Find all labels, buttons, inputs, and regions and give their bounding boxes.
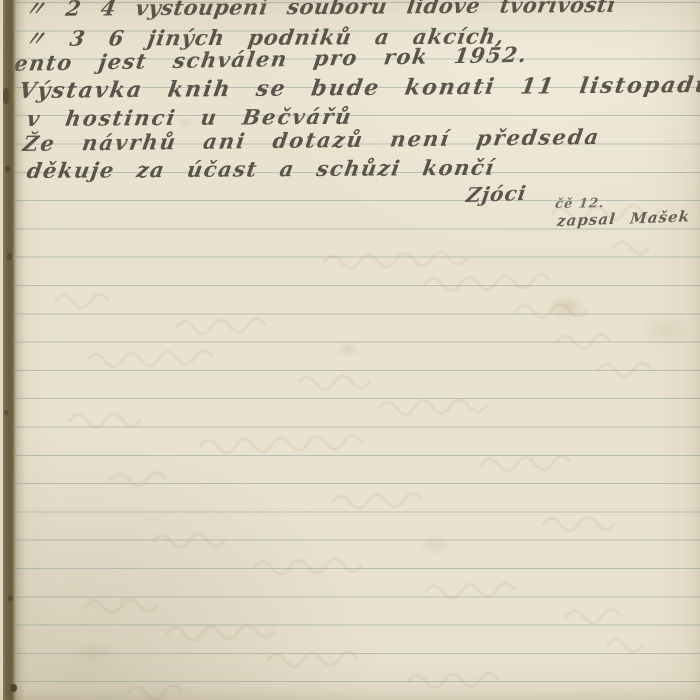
- stain: [70, 640, 116, 666]
- handwriting-line: 〃 2 4 vystoupení souboru lidové tvořivos…: [22, 0, 618, 23]
- stain: [336, 342, 360, 357]
- binding-speck: [5, 166, 10, 172]
- binding-speck: [4, 410, 8, 415]
- binding-gutter: [0, 0, 26, 700]
- stain: [545, 294, 587, 320]
- binding-speck: [3, 88, 9, 104]
- binding-speck: [8, 596, 13, 601]
- stain: [418, 534, 452, 556]
- handwriting-line: Výstavka knih se bude konati 11 listopad…: [17, 72, 700, 104]
- binding-speck: [10, 684, 17, 692]
- stain: [636, 312, 690, 348]
- notebook-page: 〃 2 4 vystoupení souboru lidové tvořivos…: [0, 0, 700, 700]
- handwriting-line: děkuje za účast a schůzi končí: [25, 155, 497, 183]
- signature-recorded-by: zapsal Mašek: [556, 207, 691, 230]
- signature-name: Zjóci: [465, 181, 529, 207]
- binding-speck: [7, 253, 12, 260]
